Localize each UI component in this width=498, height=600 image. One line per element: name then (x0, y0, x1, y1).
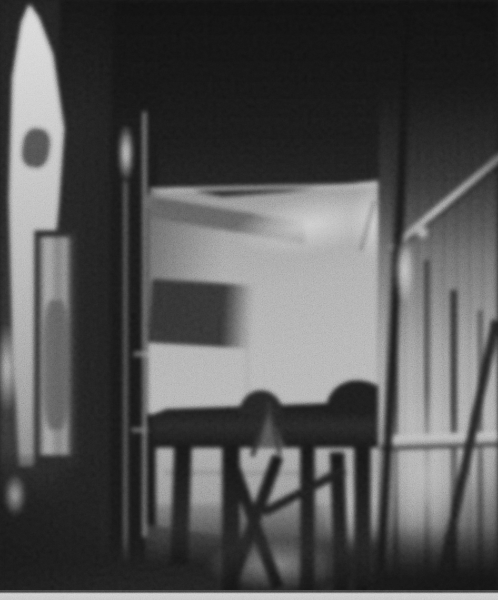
vignette (0, 0, 498, 600)
photo-scene (0, 0, 498, 600)
photo-print-border (0, 590, 498, 600)
photograph (0, 0, 498, 600)
